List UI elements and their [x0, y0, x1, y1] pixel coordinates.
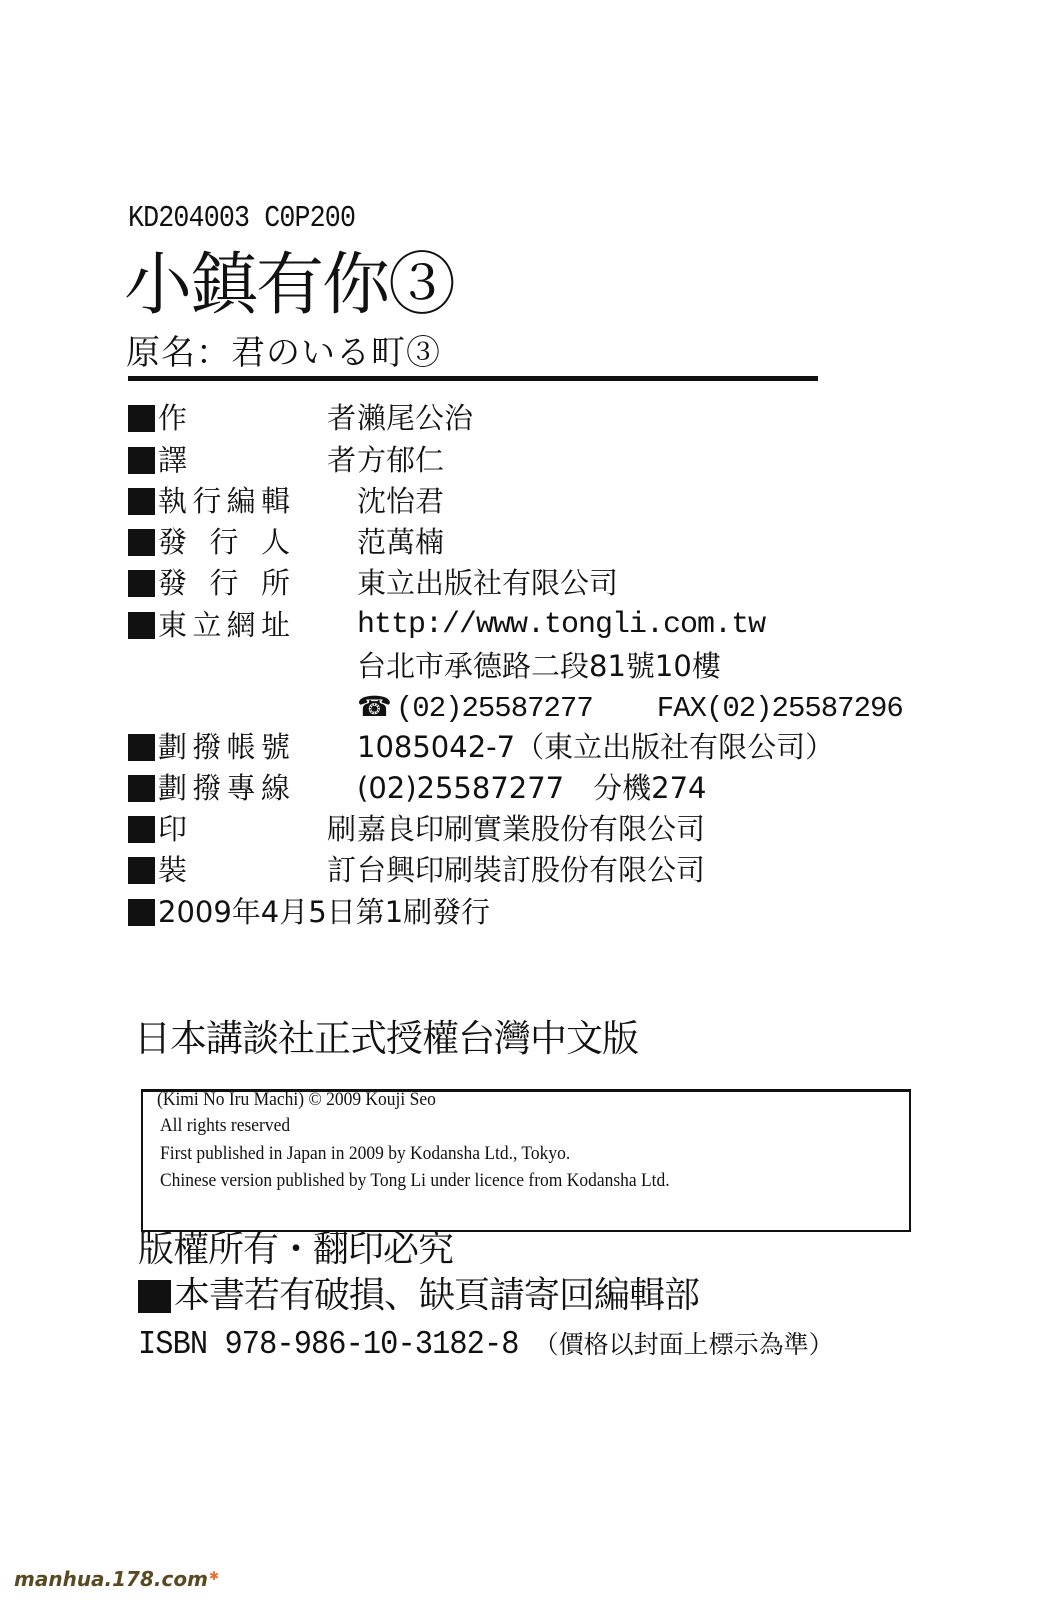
info-value: 台興印刷裝訂股份有限公司 — [357, 850, 705, 890]
info-value: (02)25587277 分機274 — [357, 768, 707, 808]
info-row-publishing-house: 發行所 東立出版社有限公司 — [128, 563, 290, 603]
square-bullet-icon — [128, 612, 155, 639]
square-bullet-icon — [128, 488, 155, 515]
return-note-row: 本書若有破損、缺頁請寄回編輯部 — [138, 1272, 699, 1320]
square-bullet-icon — [138, 1280, 171, 1313]
info-label: 譯者 — [158, 440, 356, 480]
info-row-printer: 印刷 嘉良印刷實業股份有限公司 — [128, 809, 356, 849]
telephone-icon: ☎ — [357, 687, 392, 727]
square-bullet-icon — [128, 816, 155, 843]
info-label: 劃撥專線 — [158, 768, 290, 808]
copyright-line: (Kimi No Iru Machi) © 2009 Kouji Seo — [157, 1086, 436, 1114]
address: 台北市承德路二段81號10樓 — [357, 646, 721, 686]
original-title: 原名：君のいる町③ — [126, 332, 441, 374]
phone-number: (02)25587277 — [396, 692, 593, 725]
isbn-row: ISBN 978-986-10-3182-8（價格以封面上標示為準） — [138, 1320, 834, 1367]
square-bullet-icon — [128, 734, 155, 761]
info-label: 發行所 — [158, 563, 290, 603]
info-label: 印刷 — [158, 809, 356, 849]
info-value: 方郁仁 — [357, 440, 444, 480]
square-bullet-icon — [128, 857, 155, 884]
publish-date-row: 2009年4月5日第1刷發行 — [128, 892, 490, 932]
watermark-text: manhua.178.com — [14, 1567, 208, 1591]
info-value: 東立出版社有限公司 — [357, 563, 618, 603]
return-note: 本書若有破損、缺頁請寄回編輯部 — [174, 1272, 699, 1320]
square-bullet-icon — [128, 899, 155, 926]
info-label: 發行人 — [158, 522, 290, 562]
watermark: manhua.178.com✱ — [14, 1566, 219, 1595]
isbn: ISBN 978-986-10-3182-8 — [138, 1323, 519, 1367]
info-label: 作者 — [158, 398, 356, 438]
info-row-giro-hotline: 劃撥專線 (02)25587277 分機274 — [128, 768, 290, 808]
rights-notice: 版權所有・翻印必究 — [138, 1226, 453, 1274]
product-code: KD204003 C0P200 — [128, 201, 355, 236]
info-value: 瀨尾公治 — [357, 398, 473, 438]
chinese-version-line: Chinese version published by Tong Li und… — [160, 1167, 670, 1195]
phone-fax-row: ☎(02)25587277FAX(02)25587296 — [357, 686, 903, 726]
info-row-author: 作者 瀨尾公治 — [128, 398, 356, 438]
info-row-website: 東立網址 http://www.tongli.com.tw — [128, 605, 290, 645]
info-row-giro-account: 劃撥帳號 1085042-7（東立出版社有限公司） — [128, 727, 290, 767]
licence-heading: 日本講談社正式授權台灣中文版 — [134, 1014, 638, 1064]
square-bullet-icon — [128, 570, 155, 597]
rights-line: All rights reserved — [160, 1112, 290, 1140]
square-bullet-icon — [128, 447, 155, 474]
info-row-publisher: 發行人 范萬楠 — [128, 522, 290, 562]
square-bullet-icon — [128, 405, 155, 432]
licence-box: (Kimi No Iru Machi) © 2009 Kouji Seo All… — [141, 1089, 911, 1232]
square-bullet-icon — [128, 529, 155, 556]
fax-number: FAX(02)25587296 — [657, 692, 903, 725]
info-row-editor: 執行編輯 沈怡君 — [128, 481, 290, 521]
title-divider — [128, 376, 818, 381]
info-label: 東立網址 — [158, 605, 290, 645]
info-value: 1085042-7（東立出版社有限公司） — [357, 727, 834, 767]
info-value: 沈怡君 — [357, 481, 444, 521]
website-link[interactable]: http://www.tongli.com.tw — [357, 605, 765, 645]
book-title: 小鎮有你③ — [124, 246, 454, 326]
info-row-binder: 裝訂 台興印刷裝訂股份有限公司 — [128, 850, 356, 890]
star-icon: ✱ — [209, 1569, 219, 1583]
first-published-line: First published in Japan in 2009 by Koda… — [160, 1140, 570, 1168]
square-bullet-icon — [128, 775, 155, 802]
info-label: 劃撥帳號 — [158, 727, 290, 767]
info-value: 嘉良印刷實業股份有限公司 — [357, 809, 705, 849]
info-row-translator: 譯者 方郁仁 — [128, 440, 356, 480]
info-value: 范萬楠 — [357, 522, 444, 562]
publish-date: 2009年4月5日第1刷發行 — [158, 892, 490, 932]
info-label: 執行編輯 — [158, 481, 290, 521]
info-label: 裝訂 — [158, 850, 356, 890]
price-note: （價格以封面上標示為準） — [534, 1330, 834, 1359]
